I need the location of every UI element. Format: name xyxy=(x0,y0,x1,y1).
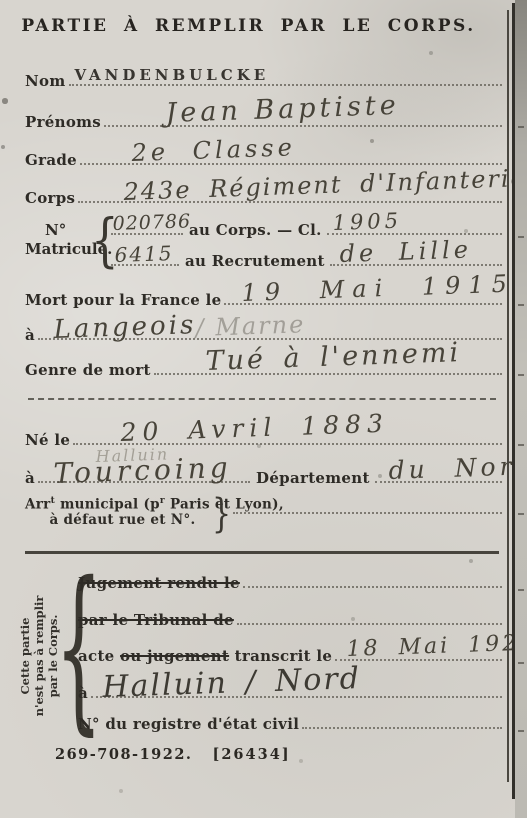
margin-tick xyxy=(518,662,524,664)
jugement-line xyxy=(243,586,502,588)
matricule-recrutement-value: 6415 xyxy=(114,243,174,265)
matricule-corps-mid-label: au Corps. — Cl. xyxy=(189,222,322,239)
registre-label: N° du registre d'état civil xyxy=(78,716,299,733)
page-edge-shadow xyxy=(515,0,527,818)
arrondissement-label-part: municipal (p xyxy=(55,497,160,513)
transcription-label-part1: acte xyxy=(78,647,120,665)
genre-mort-line: Tué à l'ennemi xyxy=(154,373,502,375)
mort-lieu-value: Langeois xyxy=(53,312,197,343)
recrutement-lieu-value: de Lille xyxy=(339,237,472,266)
naissance-date-label: Né le xyxy=(25,432,70,449)
prenoms-line: Jean Baptiste xyxy=(104,125,502,127)
margin-tick xyxy=(518,730,524,732)
military-death-record-page: PARTIE À REMPLIR PAR LE CORPS. Nom VANDE… xyxy=(0,0,527,818)
matricule-recrutement-line: 6415 xyxy=(111,264,179,266)
field-matricule-recrutement: 6415 au Recrutement de Lille xyxy=(108,245,502,269)
section-divider xyxy=(28,398,496,400)
arrondissement-brace: } xyxy=(212,494,231,534)
mort-lieu-dept-value: / Marne xyxy=(195,312,306,340)
margin-tick xyxy=(518,589,524,591)
grade-value: 2e Classe xyxy=(131,135,296,165)
nom-value: VANDENBULCKE xyxy=(75,66,270,84)
field-prenoms: Prénoms Jean Baptiste xyxy=(25,104,502,130)
mort-date-value: 19 Mai 1915 xyxy=(242,271,516,305)
field-naissance-lieu: à Tourcoing Halluin Département du Nord xyxy=(25,460,502,486)
prenoms-value: Jean Baptiste xyxy=(165,92,400,127)
field-mort-date: Mort pour la France le 19 Mai 1915 xyxy=(25,282,502,308)
field-tribunal: par le Tribunal de xyxy=(78,604,502,628)
arrondissement-label-line1: Arrt municipal (pr Paris et Lyon), xyxy=(25,497,220,512)
field-jugement: Jugement rendu le xyxy=(78,567,502,591)
arrondissement-label-line2: à défaut rue et N°. xyxy=(25,513,220,528)
corps-label: Corps xyxy=(25,190,75,207)
page-title: PARTIE À REMPLIR PAR LE CORPS. xyxy=(0,16,497,36)
mort-date-line: 19 Mai 1915 xyxy=(224,303,502,305)
print-ref-number: [26434] xyxy=(212,746,290,763)
margin-tick xyxy=(518,374,524,376)
classe-value: 1905 xyxy=(332,211,402,234)
genre-mort-label: Genre de mort xyxy=(25,362,151,379)
margin-tick xyxy=(518,304,524,306)
print-reference: 269-708-1922.[26434] xyxy=(55,746,291,763)
arrondissement-line xyxy=(233,512,502,514)
genre-mort-value: Tué à l'ennemi xyxy=(205,339,461,375)
jugement-label: Jugement rendu le xyxy=(78,575,240,592)
paper-speckles xyxy=(0,0,2,2)
margin-tick xyxy=(518,513,524,515)
naissance-lieu-pencil-note: Halluin xyxy=(95,446,169,465)
classe-line: 1905 xyxy=(327,233,502,235)
tribunal-line xyxy=(237,623,502,625)
field-naissance-date: Né le 20 Avril 1883 xyxy=(25,422,502,448)
field-grade: Grade 2e Classe xyxy=(25,142,502,168)
grade-label: Grade xyxy=(25,152,77,169)
print-code: 269-708-1922. xyxy=(55,746,192,763)
field-transcription-lieu: à Halluin / Nord xyxy=(78,677,502,701)
margin-tick xyxy=(518,236,524,238)
departement-label: Département xyxy=(256,470,370,487)
corps-value: 243e Régiment d'Infanterie xyxy=(123,166,527,204)
naissance-date-value: 20 Avril 1883 xyxy=(120,411,389,445)
transcription-lieu-value: Halluin / Nord xyxy=(102,664,361,703)
registre-line xyxy=(302,727,502,729)
field-nom: Nom VANDENBULCKE xyxy=(25,63,502,89)
field-registre: N° du registre d'état civil xyxy=(78,708,502,732)
transcription-lieu-line: Halluin / Nord xyxy=(91,696,502,698)
arrondissement-label-part: Arr xyxy=(25,497,51,513)
grade-line: 2e Classe xyxy=(80,163,502,165)
field-genre-mort: Genre de mort Tué à l'ennemi xyxy=(25,352,502,378)
naissance-lieu-line: Tourcoing Halluin xyxy=(38,481,250,483)
transcription-date-value: 18 Mai 1921 xyxy=(346,632,527,661)
mort-lieu-label: à xyxy=(25,327,35,344)
nom-label: Nom xyxy=(25,73,66,90)
naissance-lieu-label: à xyxy=(25,470,35,487)
transcription-label-struck: ou jugement xyxy=(120,647,229,665)
prenoms-label: Prénoms xyxy=(25,114,101,131)
sidebar-note-line1: Cette partie xyxy=(18,577,32,735)
field-arrondissement: Arrt municipal (pr Paris et Lyon), à déf… xyxy=(25,497,220,528)
recrutement-label: au Recrutement xyxy=(185,253,325,270)
margin-tick xyxy=(518,126,524,128)
mort-date-label: Mort pour la France le xyxy=(25,292,221,309)
transcription-label: acte ou jugement transcrit le xyxy=(78,648,332,665)
transcription-lieu-label: à xyxy=(78,685,88,702)
tribunal-label: par le Tribunal de xyxy=(78,612,234,629)
corps-line: 243e Régiment d'Infanterie xyxy=(78,201,502,203)
field-matricule-corps: 020786 au Corps. — Cl. 1905 xyxy=(108,214,502,238)
nom-line: VANDENBULCKE xyxy=(69,84,503,86)
field-corps: Corps 243e Régiment d'Infanterie xyxy=(25,180,502,206)
departement-line: du Nord xyxy=(375,481,502,483)
matricule-corps-line: 020786 xyxy=(111,233,183,235)
field-transcription-date: acte ou jugement transcrit le 18 Mai 192… xyxy=(78,640,502,664)
matricule-corps-value: 020786 xyxy=(112,212,191,234)
binding-line-inner xyxy=(507,10,509,782)
margin-tick xyxy=(518,444,524,446)
sidebar-note-line2: n'est pas à remplir xyxy=(32,577,46,735)
recrutement-lieu-line: de Lille xyxy=(330,264,502,266)
